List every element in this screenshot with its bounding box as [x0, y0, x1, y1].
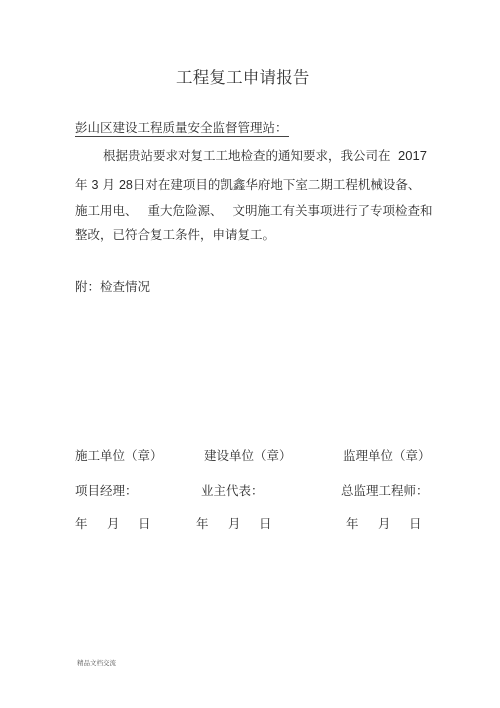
- date-day-1: 日: [138, 514, 151, 532]
- body-line-3-part-3: 文明施工有关事项进行了专项检查和: [233, 203, 433, 218]
- day-value: 28: [119, 178, 133, 192]
- document-title: 工程复工申请报告: [176, 64, 310, 88]
- date-year-1: 年: [75, 514, 88, 532]
- body-line-2-text: 日对在建项目的凯鑫华府地下室二期工程机械设备、: [133, 177, 421, 192]
- supervision-unit-seal: 监理单位（章）: [343, 446, 431, 464]
- body-line-1: 根据贵站要求对复工工地检查的通知要求，我公司在: [103, 148, 391, 163]
- owner-representative-label: 业主代表：: [201, 481, 264, 499]
- year-value: 2017: [398, 148, 427, 163]
- body-line-4: 整改，已符合复工条件，申请复工。: [75, 227, 275, 242]
- addressee: 彭山区建设工程质量安全监督管理站：: [75, 120, 289, 137]
- date-month-2: 月: [228, 514, 241, 532]
- construction-unit-seal: 施工单位（章）: [75, 446, 163, 464]
- date-year-2: 年: [196, 514, 209, 532]
- month-value: 3: [92, 178, 99, 192]
- body-line-2: 年 3 月 28日对在建项目的凯鑫华府地下室二期工程机械设备、: [75, 177, 420, 193]
- attachment-label: 附：检查情况: [75, 277, 150, 295]
- project-manager-label: 项目经理：: [75, 481, 138, 499]
- footer-watermark: 精品文档交流: [77, 658, 116, 667]
- body-line-3-part-1: 施工用电、: [75, 203, 138, 218]
- date-year-3: 年: [346, 514, 359, 532]
- date-day-2: 日: [259, 514, 272, 532]
- month-label: 月: [102, 177, 115, 192]
- body-line-3-part-2: 重大危险源、: [148, 203, 223, 218]
- body-line-3: 施工用电、重大危险源、文明施工有关事项进行了专项检查和: [75, 203, 433, 218]
- date-month-1: 月: [107, 514, 120, 532]
- date-month-3: 月: [378, 514, 391, 532]
- date-day-3: 日: [409, 514, 422, 532]
- chief-supervisor-label: 总监理工程师：: [341, 481, 429, 499]
- year-suffix: 年: [75, 177, 88, 192]
- developer-unit-seal: 建设单位（章）: [204, 446, 292, 464]
